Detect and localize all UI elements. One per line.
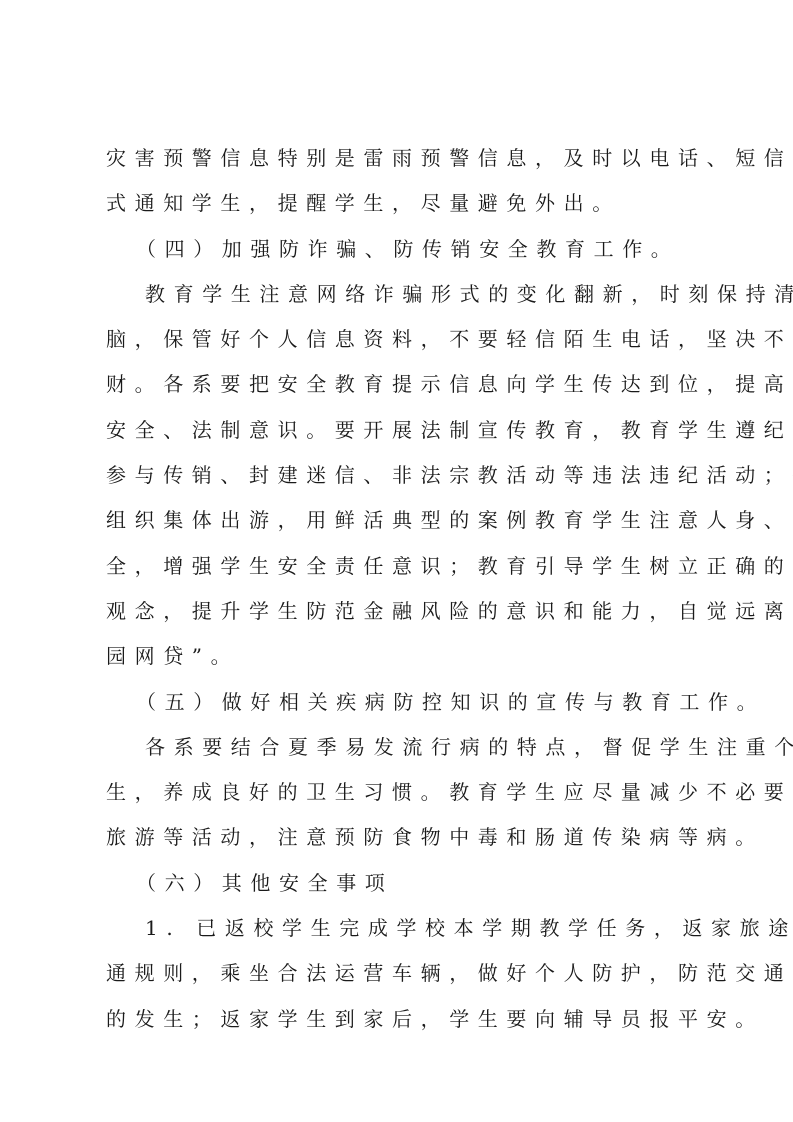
paragraph-line: 各系要结合夏季易发流行病的特点，督促学生注重个人卫 [106, 731, 696, 776]
paragraph-line: 通规则，乘坐合法运营车辆，做好个人防护，防范交通安全事故 [106, 957, 696, 1002]
section-heading-6: （六）其他安全事项 [106, 867, 696, 912]
paragraph-line: 全，增强学生安全责任意识；教育引导学生树立正确的金融消费 [106, 550, 696, 595]
paragraph-line: 旅游等活动，注意预防食物中毒和肠道传染病等病。 [106, 821, 696, 866]
paragraph-line: 财。各系要把安全教育提示信息向学生传达到位，提高学生假期 [106, 368, 696, 413]
document-body: 灾害预警信息特别是雷雨预警信息，及时以电话、短信等多种方 式通知学生，提醒学生，… [106, 142, 696, 1048]
paragraph-line: 式通知学生，提醒学生，尽量避免外出。 [106, 187, 696, 232]
paragraph-line: 生，养成良好的卫生习惯。教育学生应尽量减少不必要的聚会和 [106, 776, 696, 821]
paragraph-line: 安全、法制意识。要开展法制宣传教育，教育学生遵纪守法，不 [106, 414, 696, 459]
paragraph-line: 的发生；返家学生到家后，学生要向辅导员报平安。 [106, 1003, 696, 1048]
paragraph-line: 1. 已返校学生完成学校本学期教学任务，返家旅途中遵守交 [106, 912, 696, 957]
paragraph-line: 园网贷”。 [106, 640, 696, 685]
paragraph-line: 教育学生注意网络诈骗形式的变化翻新，时刻保持清醒的头 [106, 278, 696, 323]
section-heading-4: （四）加强防诈骗、防传销安全教育工作。 [106, 233, 696, 278]
paragraph-line: 参与传销、封建迷信、非法宗教活动等违法违纪活动；强调严禁 [106, 459, 696, 504]
paragraph-line: 组织集体出游，用鲜活典型的案例教育学生注意人身、财物的安 [106, 504, 696, 549]
paragraph-line: 灾害预警信息特别是雷雨预警信息，及时以电话、短信等多种方 [106, 142, 696, 187]
section-heading-5: （五）做好相关疾病防控知识的宣传与教育工作。 [106, 686, 696, 731]
paragraph-line: 脑，保管好个人信息资料，不要轻信陌生电话，坚决不贪意外之 [106, 323, 696, 368]
document-page: 灾害预警信息特别是雷雨预警信息，及时以电话、短信等多种方 式通知学生，提醒学生，… [0, 0, 793, 1122]
paragraph-line: 观念，提升学生防范金融风险的意识和能力，自觉远离不良“校 [106, 595, 696, 640]
